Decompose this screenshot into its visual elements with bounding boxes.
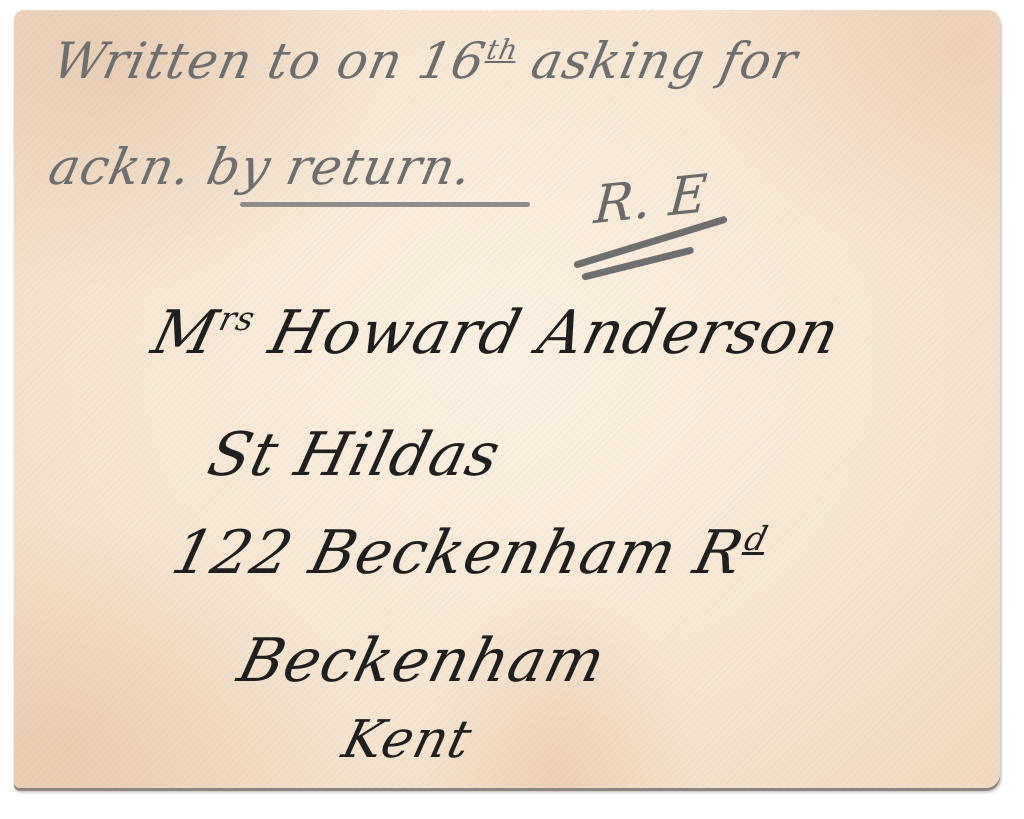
note-line-1-text: Written to on 16	[48, 32, 491, 90]
note-line-1: Written to on 16th asking for	[48, 32, 803, 90]
initials-underline-2	[581, 246, 694, 281]
note-line-1-end: asking for	[509, 32, 803, 90]
address-street-text: 122 Beckenham R	[165, 518, 750, 588]
address-name: Mrs Howard Anderson	[145, 298, 847, 368]
note-underline	[240, 202, 530, 207]
scanned-envelope-page: Written to on 16th asking for ackn. by r…	[0, 0, 1024, 819]
envelope: Written to on 16th asking for ackn. by r…	[14, 10, 1000, 788]
address-street: 122 Beckenham Rd	[165, 518, 772, 588]
address-house: St Hildas	[201, 420, 507, 490]
address-name-prefix: M	[145, 298, 225, 368]
note-line-2: ackn. by return.	[44, 138, 478, 196]
address-county: Kent	[337, 710, 479, 770]
note-line-2-underlined-text: by return	[202, 138, 461, 196]
note-line-2-text: ackn.	[44, 138, 214, 196]
address-name-text: Howard Anderson	[242, 298, 846, 368]
address-town: Beckenham	[231, 626, 612, 696]
